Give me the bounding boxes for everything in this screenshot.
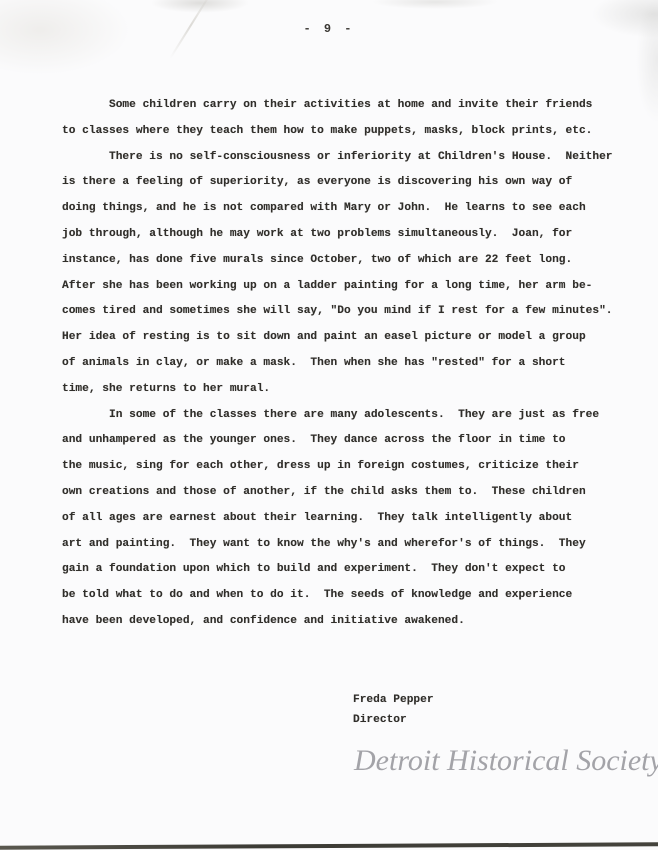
signature-name: Freda Pepper xyxy=(353,691,434,711)
text-line: Her idea of resting is to sit down and p… xyxy=(62,325,622,351)
text-line: to classes where they teach them how to … xyxy=(62,119,622,145)
text-line: gain a foundation upon which to build an… xyxy=(62,557,622,583)
text-line: There is no self-consciousness or inferi… xyxy=(62,145,622,171)
text-line: own creations and those of another, if t… xyxy=(62,480,622,506)
page-number: - 9 - xyxy=(0,22,658,36)
text-line: comes tired and sometimes she will say, … xyxy=(62,299,622,325)
text-line: is there a feeling of superiority, as ev… xyxy=(62,170,622,196)
text-line: instance, has done five murals since Oct… xyxy=(62,248,622,274)
text-line: of animals in clay, or make a mask. Then… xyxy=(62,351,622,377)
text-line: In some of the classes there are many ad… xyxy=(62,403,622,429)
text-line: have been developed, and confidence and … xyxy=(62,609,622,635)
text-line: job through, although he may work at two… xyxy=(62,222,622,248)
watermark: Detroit Historical Society xyxy=(354,744,644,778)
document-lines: Some children carry on their activities … xyxy=(62,93,622,635)
document-page: - 9 - Some children carry on their activ… xyxy=(0,0,658,850)
text-line: the music, sing for each other, dress up… xyxy=(62,454,622,480)
text-line: After she has been working up on a ladde… xyxy=(62,274,622,300)
text-line: time, she returns to her mural. xyxy=(62,377,622,403)
text-line: and unhampered as the younger ones. They… xyxy=(62,428,622,454)
text-line: of all ages are earnest about their lear… xyxy=(62,506,622,532)
text-line: doing things, and he is not compared wit… xyxy=(62,196,622,222)
signature-title: Director xyxy=(353,711,434,731)
scan-edge xyxy=(0,842,658,850)
signature-block: Freda Pepper Director xyxy=(353,691,434,730)
text-line: be told what to do and when to do it. Th… xyxy=(62,583,622,609)
text-line: art and painting. They want to know the … xyxy=(62,532,622,558)
text-line: Some children carry on their activities … xyxy=(62,93,622,119)
